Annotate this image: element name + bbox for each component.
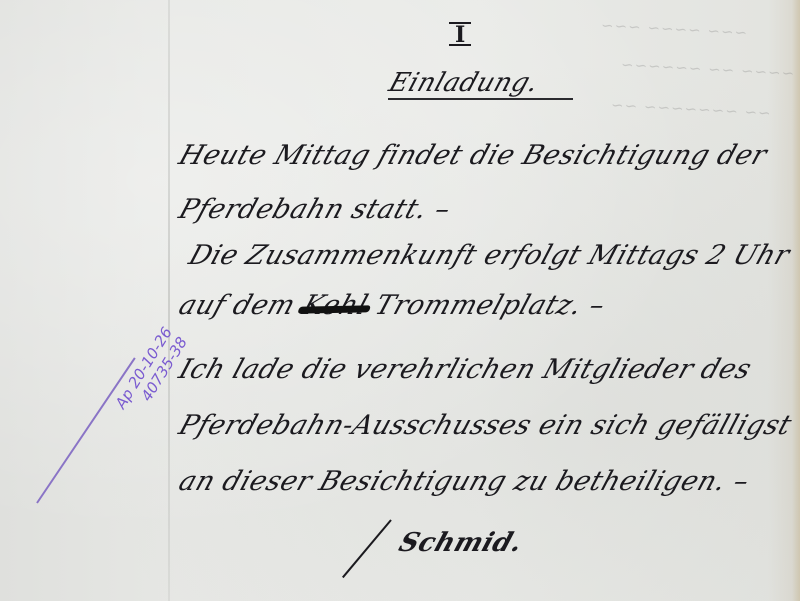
text-line-5: Ich lade die verehrlichen Mitglieder des <box>175 354 756 385</box>
heading-underline <box>388 98 573 100</box>
text-line-3: Die Zusammenkunft erfolgt Mittags 2 Uhr <box>185 240 794 271</box>
signature-flourish <box>342 519 392 578</box>
text-line-4-end: Trommelplatz. – <box>371 290 609 321</box>
text-line-4-start: auf dem <box>175 290 300 321</box>
text-line-1: Heute Mittag findet die Besichtigung der <box>175 140 771 171</box>
text-line-4: auf dem Kehl Trommelplatz. – <box>175 290 609 321</box>
text-line-2: Pferdebahn statt. – <box>175 194 455 225</box>
text-line-7: an dieser Besichtigung zu betheiligen. – <box>175 466 754 497</box>
bleed-through-text: ~~ ~~~~~~~ ~~ <box>610 96 772 122</box>
signature: Schmid. <box>395 528 526 558</box>
section-numeral: I <box>455 22 465 48</box>
struck-out-word: Kehl <box>298 290 372 321</box>
bleed-through-text: ~~~ ~~~~ ~~~ <box>600 16 748 42</box>
paper-edge <box>792 0 800 601</box>
bleed-through-text: ~~~~ ~~ ~~~~~~ <box>620 55 795 82</box>
scanned-document-page: ~~~ ~~~~ ~~~ ~~~~ ~~ ~~~~~~ ~~ ~~~~~~~ ~… <box>0 0 800 601</box>
document-heading: Einladung. <box>385 68 543 98</box>
stamp-divider-line <box>36 357 136 503</box>
paper-fold-line <box>168 0 170 601</box>
text-line-6: Pferdebahn-Ausschusses ein sich gefällig… <box>175 410 796 441</box>
